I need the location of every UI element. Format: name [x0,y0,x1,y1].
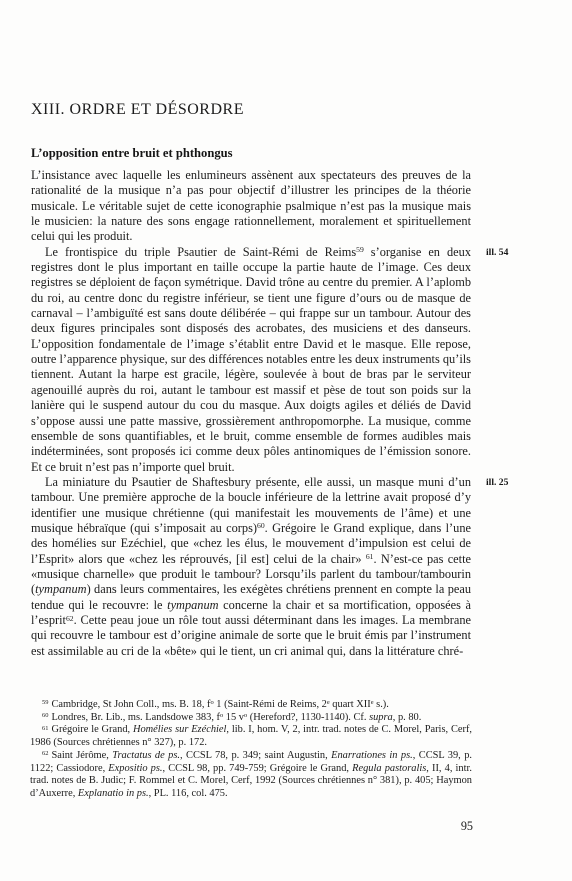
footnote-number: 60 [42,712,48,719]
text-run: s.). [374,699,389,710]
text-run: . Cette peau joue un rôle tout aussi dét… [31,613,471,658]
margin-note: ill. 54 [486,247,508,258]
ordinal-superscript: o [210,699,213,706]
ordinal-superscript: e [371,699,374,706]
book-page: XIII. ORDRE ET DÉSORDRE L’opposition ent… [0,0,572,881]
ordinal-superscript: o [244,712,247,719]
text-run: Regula pastoralis [352,763,426,774]
footnote-number: 61 [42,725,48,732]
footnotes: 59Cambridge, St John Coll., ms. B. 18, f… [30,699,472,801]
section-title: L’opposition entre bruit et phthongus [31,146,233,161]
ordinal-superscript: o [220,712,223,719]
text-run: , CCSL 78, p. 349; saint Augustin, [180,750,331,761]
body-text: L’insistance avec laquelle les enlumineu… [31,168,471,659]
footnote-reference: 62 [66,614,74,623]
text-run: 1 (Saint-Rémi de Reims, 2 [214,699,327,710]
footnote-reference: 59 [356,245,364,254]
footnote-number: 62 [42,750,48,757]
margin-note: ill. 25 [486,477,508,488]
text-run: , PL. 116, col. 475. [149,788,228,799]
text-run: tympanum [167,598,218,612]
text-run: Grégoire le Grand, [51,724,133,735]
text-run: (Hereford?, 1130-1140). Cf. [247,712,369,723]
paragraph: La miniature du Psautier de Shaftesbury … [31,475,471,659]
text-run: Enarrationes in ps. [331,750,413,761]
footnote-number: 59 [42,699,48,706]
ordinal-superscript: e [327,699,330,706]
footnote: 60Londres, Br. Lib., ms. Landsdowe 383, … [30,712,472,725]
footnote: 59Cambridge, St John Coll., ms. B. 18, f… [30,699,472,712]
footnote-reference: 61 [366,552,374,561]
text-run: Cambridge, St John Coll., ms. B. 18, f [51,699,210,710]
text-run: Le frontispice du triple Psautier de Sai… [45,245,356,259]
text-run: Explanatio in ps. [78,788,149,799]
paragraph: Le frontispice du triple Psautier de Sai… [31,245,471,475]
text-run: Expositio ps. [108,763,162,774]
chapter-title: XIII. ORDRE ET DÉSORDRE [31,101,244,119]
text-run: s’organise en deux registres dont le plu… [31,245,471,474]
text-run: Londres, Br. Lib., ms. Landsdowe 383, f [51,712,220,723]
text-run: , p. 80. [393,712,422,723]
page-number: 95 [449,819,473,834]
footnote: 61Grégoire le Grand, Homélies sur Ezéchi… [30,724,472,749]
text-run: quart XII [330,699,371,710]
text-run: Homélies sur Ezéchiel [133,724,226,735]
text-run: Tractatus de ps. [112,750,180,761]
text-run: 15 v [223,712,244,723]
text-run: L’insistance avec laquelle les enlumineu… [31,168,471,243]
text-run: , CCSL 98, pp. 749-759; Grégoire le Gran… [163,763,353,774]
footnote-reference: 60 [257,521,265,530]
footnote: 62Saint Jérôme, Tractatus de ps., CCSL 7… [30,750,472,801]
paragraph: L’insistance avec laquelle les enlumineu… [31,168,471,245]
text-run: Saint Jérôme, [51,750,112,761]
text-run: supra [369,712,393,723]
text-run: tympanum [35,582,86,596]
